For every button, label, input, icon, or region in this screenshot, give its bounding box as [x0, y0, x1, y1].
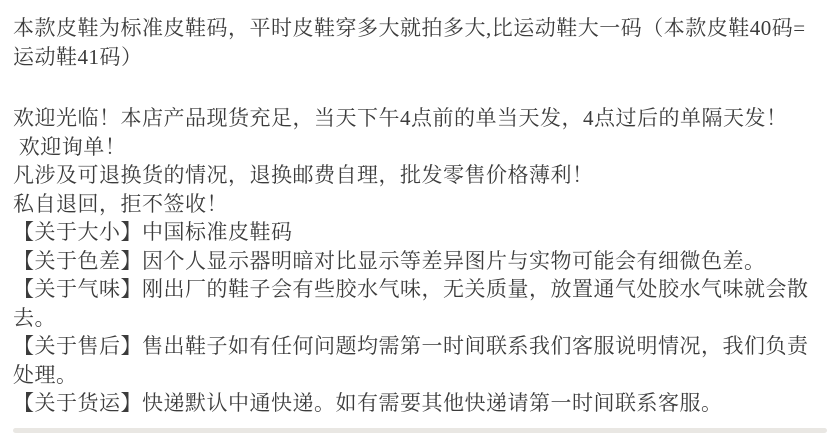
notice-line-smell-cont: 去。 — [13, 304, 819, 333]
sizing-note-paragraph: 本款皮鞋为标准皮鞋码，平时皮鞋穿多大就拍多大,比运动鞋大一码（本款皮鞋40码= … — [13, 14, 819, 71]
notice-line-size: 【关于大小】中国标准皮鞋码 — [13, 218, 819, 247]
notice-line-inquiry: 欢迎询单！ — [13, 133, 819, 162]
notice-line-aftersale-cont: 处理。 — [13, 361, 819, 390]
bottom-divider — [13, 428, 827, 433]
product-description-page: 本款皮鞋为标准皮鞋码，平时皮鞋穿多大就拍多大,比运动鞋大一码（本款皮鞋40码= … — [0, 0, 827, 435]
notice-line-refuse: 私自退回，拒不签收！ — [13, 190, 819, 219]
notice-line-welcome: 欢迎光临！本店产品现货充足，当天下午4点前的单当天发，4点过后的单隔天发！ — [13, 104, 819, 133]
notice-line-smell: 【关于气味】刚出厂的鞋子会有些胶水气味，无关质量，放置通气处胶水气味就会散 — [13, 275, 819, 304]
sizing-note-line: 运动鞋41码） — [13, 43, 819, 72]
store-notices-paragraph: 欢迎光临！本店产品现货充足，当天下午4点前的单当天发，4点过后的单隔天发！ 欢迎… — [13, 104, 819, 418]
notice-line-aftersale: 【关于售后】售出鞋子如有任何问题均需第一时间联系我们客服说明情况，我们负责 — [13, 332, 819, 361]
notice-line-color: 【关于色差】因个人显示器明暗对比显示等差异图片与实物可能会有细微色差。 — [13, 247, 819, 276]
notice-line-returns: 凡涉及可退换货的情况，退换邮费自理，批发零售价格薄利！ — [13, 161, 819, 190]
sizing-note-line: 本款皮鞋为标准皮鞋码，平时皮鞋穿多大就拍多大,比运动鞋大一码（本款皮鞋40码= — [13, 14, 819, 43]
notice-line-shipping: 【关于货运】快递默认中通快递。如有需要其他快递请第一时间联系客服。 — [13, 389, 819, 418]
